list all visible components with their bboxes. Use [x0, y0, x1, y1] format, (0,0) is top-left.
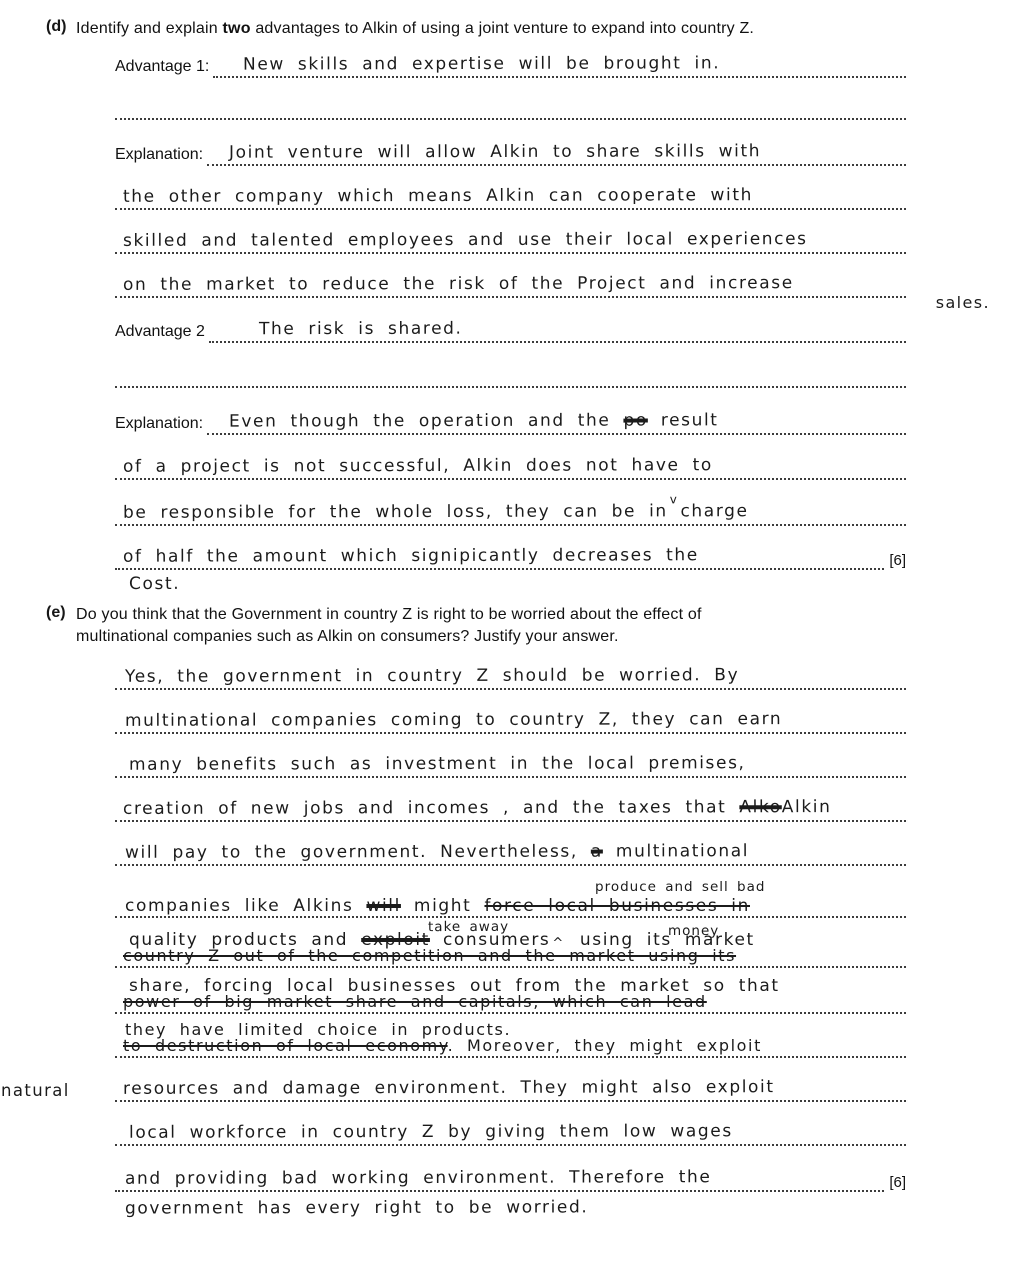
advantage2-answer-line: The risk is shared.	[209, 319, 906, 343]
question-d-bold-word: two	[223, 20, 251, 37]
dotted-line: multinational companies coming to countr…	[115, 710, 906, 734]
dotted-line: the other company which means Alkin can …	[115, 186, 906, 210]
explanation2-line3-pre: be responsible for the whole loss, they …	[123, 501, 668, 522]
dotted-line: be responsible for the whole loss, they …	[115, 502, 906, 526]
question-d-marker: (d)	[46, 18, 76, 40]
dotted-line: creation of new jobs and incomes , and t…	[115, 798, 906, 822]
explanation2-overflow-word: Cost.	[115, 574, 180, 596]
advantage1-label: Advantage 1:	[115, 58, 213, 78]
question-d: (d) Identify and explain two advantages …	[0, 0, 1024, 40]
plain-row: government has every right to be worried…	[115, 1198, 906, 1220]
dotted-line: of a project is not successful, Alkin do…	[115, 456, 906, 480]
question-e-line1: Do you think that the Government in coun…	[76, 606, 702, 623]
dotted-line: Yes, the government in country Z should …	[115, 666, 906, 690]
answer-e-line4-pre: creation of new jobs and incomes , and t…	[123, 797, 739, 819]
explanation2-label: Explanation:	[115, 415, 207, 435]
insertion-caret: v	[670, 492, 679, 506]
answer-e-row11: they have limited choice in products. to…	[115, 1014, 906, 1058]
question-d-post: advantages to Alkin of using a joint ven…	[251, 20, 754, 37]
answer-e-line13: resources and damage environment. They m…	[115, 1077, 775, 1101]
dotted-line: resources and damage environment. They m…	[115, 1078, 906, 1102]
answer-e-row14: local workforce in country Z by giving t…	[115, 1102, 906, 1146]
answer-e-line14: local workforce in country Z by giving t…	[115, 1121, 733, 1145]
explanation1-line1: Joint venture will allow Alkin to share …	[207, 141, 761, 164]
question-e-line2: multinational companies such as Alkin on…	[76, 628, 619, 645]
inserted-correction-text: produce and sell bad	[115, 879, 765, 897]
scribbled-out-word: po	[623, 411, 647, 431]
question-e: (e) Do you think that the Government in …	[0, 596, 1024, 648]
explanation2-line1: Even though the operation and the po res…	[207, 410, 719, 433]
advantage1-answer-line: New skills and expertise will be brought…	[213, 54, 906, 78]
answer-e-line6: companies like Alkins will might force l…	[115, 896, 750, 918]
explanation1-row3: skilled and talented employees and use t…	[115, 210, 906, 254]
scribbled-out-word: Alko	[739, 797, 781, 817]
answer-e-row5: will pay to the government. Nevertheless…	[115, 822, 906, 866]
explanation2-line1-post: result	[648, 410, 719, 430]
insert-row: produce and sell bad	[115, 878, 906, 896]
dotted-line: Joint venture will allow Alkin to share …	[207, 142, 906, 166]
dotted-line: take away money quality products and exp…	[115, 930, 906, 968]
dotted-line: share, forcing local businesses out from…	[115, 976, 906, 1014]
explanation2-line1-pre: Even though the operation and the	[229, 411, 624, 432]
explanation2-line4: of half the amount which signipicantly d…	[115, 545, 699, 569]
exam-answer-page: (d) Identify and explain two advantages …	[0, 0, 1024, 1270]
explanation2-line3: be responsible for the whole loss, they …	[115, 501, 749, 525]
scribbled-out-word: a	[591, 842, 603, 862]
answer-e-line15: and providing bad working environment. T…	[115, 1167, 711, 1191]
question-e-marker: (e)	[46, 604, 76, 648]
answer-e-line3: many benefits such as investment in the …	[115, 753, 746, 777]
main-row: companies like Alkins will might force l…	[115, 896, 906, 916]
answer-e-line2: multinational companies coming to countr…	[115, 709, 782, 733]
inserted-correction-text: money	[660, 923, 719, 941]
dotted-line: of half the amount which signipicantly d…	[115, 546, 884, 570]
struck-row: country Z out of the competition and the…	[115, 946, 906, 966]
insertion-caret: ^	[552, 936, 565, 951]
explanation1-row1: Explanation: Joint venture will allow Al…	[115, 120, 906, 166]
answer-e-row2: multinational companies coming to countr…	[115, 690, 906, 734]
answer-e-row16: government has every right to be worried…	[115, 1192, 906, 1220]
struck-row: power of big market share and capitals, …	[115, 992, 906, 1012]
answer-e-row13: natural resources and damage environment…	[115, 1058, 906, 1102]
answer-e-line12-post: . Moreover, they might exploit	[448, 1036, 762, 1055]
dotted-line: on the market to reduce the risk of the …	[115, 274, 906, 298]
dotted-line: will pay to the government. Nevertheless…	[115, 842, 906, 866]
inserted-correction-text: take away	[420, 919, 509, 937]
dotted-line: local workforce in country Z by giving t…	[115, 1122, 906, 1146]
answer-e-row1: Yes, the government in country Z should …	[115, 648, 906, 690]
answer-e-line6-pre: companies like Alkins	[125, 896, 366, 916]
marks-badge-d: [6]	[889, 552, 906, 570]
struck-text: force local businesses in	[484, 896, 750, 916]
explanation2-line3-post: charge	[680, 501, 748, 521]
answer-e-row6: produce and sell bad companies like Alki…	[115, 866, 906, 918]
advantage1-row: Advantage 1: New skills and expertise wi…	[115, 40, 906, 78]
dotted-line: Even though the operation and the po res…	[207, 411, 906, 435]
answer-e-line6-mid: might	[401, 896, 485, 916]
marks-badge-e: [6]	[889, 1174, 906, 1192]
explanation2-row4: of half the amount which signipicantly d…	[115, 526, 906, 570]
plain-row: Cost.	[115, 574, 906, 596]
advantage2-answer: The risk is shared.	[209, 319, 463, 342]
struck-line: power of big market share and capitals, …	[115, 992, 707, 1013]
answer-e-line12: to destruction of local economy. Moreove…	[115, 1036, 762, 1057]
dotted-line: and providing bad working environment. T…	[115, 1168, 884, 1192]
answer-e-line5-pre: will pay to the government. Nevertheless…	[125, 842, 591, 863]
explanation2-row1: Explanation: Even though the operation a…	[115, 388, 906, 435]
explanation1-label: Explanation:	[115, 146, 207, 166]
dotted-line: they have limited choice in products. to…	[115, 1020, 906, 1058]
scribbled-out-word: will	[366, 896, 400, 916]
dotted-line: skilled and talented employees and use t…	[115, 230, 906, 254]
explanation2-row2: of a project is not successful, Alkin do…	[115, 435, 906, 480]
question-d-pre: Identify and explain	[76, 20, 223, 37]
answer-e-line4-post: Alkin	[782, 797, 832, 817]
answer-e-line16: government has every right to be worried…	[115, 1197, 588, 1220]
advantage1-answer: New skills and expertise will be brought…	[213, 53, 720, 76]
explanation2-row3: be responsible for the whole loss, they …	[115, 480, 906, 526]
answer-e-row9: share, forcing local businesses out from…	[115, 968, 906, 1014]
struck-text: to destruction of local economy	[123, 1036, 448, 1055]
advantage2-row: Advantage 2 The risk is shared.	[115, 298, 906, 343]
explanation1-overflow-word: sales.	[936, 293, 990, 312]
dotted-line: produce and sell bad companies like Alki…	[115, 878, 906, 918]
explanation1-line2: the other company which means Alkin can …	[115, 185, 753, 209]
question-e-text: Do you think that the Government in coun…	[76, 604, 702, 648]
answer-e-row3: many benefits such as investment in the …	[115, 734, 906, 778]
answer-e-line5-post: multinational	[603, 841, 749, 861]
explanation1-line4: on the market to reduce the risk of the …	[115, 273, 794, 297]
answer-e-row15: and providing bad working environment. T…	[115, 1146, 906, 1192]
blank-line-2	[115, 343, 906, 388]
margin-inserted-word: natural	[1, 1081, 70, 1100]
answer-e-row7: take away money quality products and exp…	[115, 918, 906, 968]
blank-line-1	[115, 78, 906, 120]
explanation1-line3: skilled and talented employees and use t…	[115, 229, 808, 253]
advantage2-label: Advantage 2	[115, 323, 209, 343]
explanation2-line2: of a project is not successful, Alkin do…	[115, 455, 713, 479]
mixed-row: to destruction of local economy. Moreove…	[115, 1036, 906, 1056]
answer-e-line1: Yes, the government in country Z should …	[115, 665, 739, 689]
dotted-line: many benefits such as investment in the …	[115, 754, 906, 778]
answer-e-line4: creation of new jobs and incomes , and t…	[115, 797, 832, 821]
explanation1-row2: the other company which means Alkin can …	[115, 166, 906, 210]
question-d-text: Identify and explain two advantages to A…	[76, 18, 754, 40]
explanation1-row4: on the market to reduce the risk of the …	[115, 254, 906, 298]
answer-e-line5: will pay to the government. Nevertheless…	[115, 841, 749, 865]
struck-line: country Z out of the competition and the…	[115, 946, 736, 967]
explanation2-overflow-row: Cost.	[115, 570, 906, 596]
answer-e-row4: creation of new jobs and incomes , and t…	[115, 778, 906, 822]
